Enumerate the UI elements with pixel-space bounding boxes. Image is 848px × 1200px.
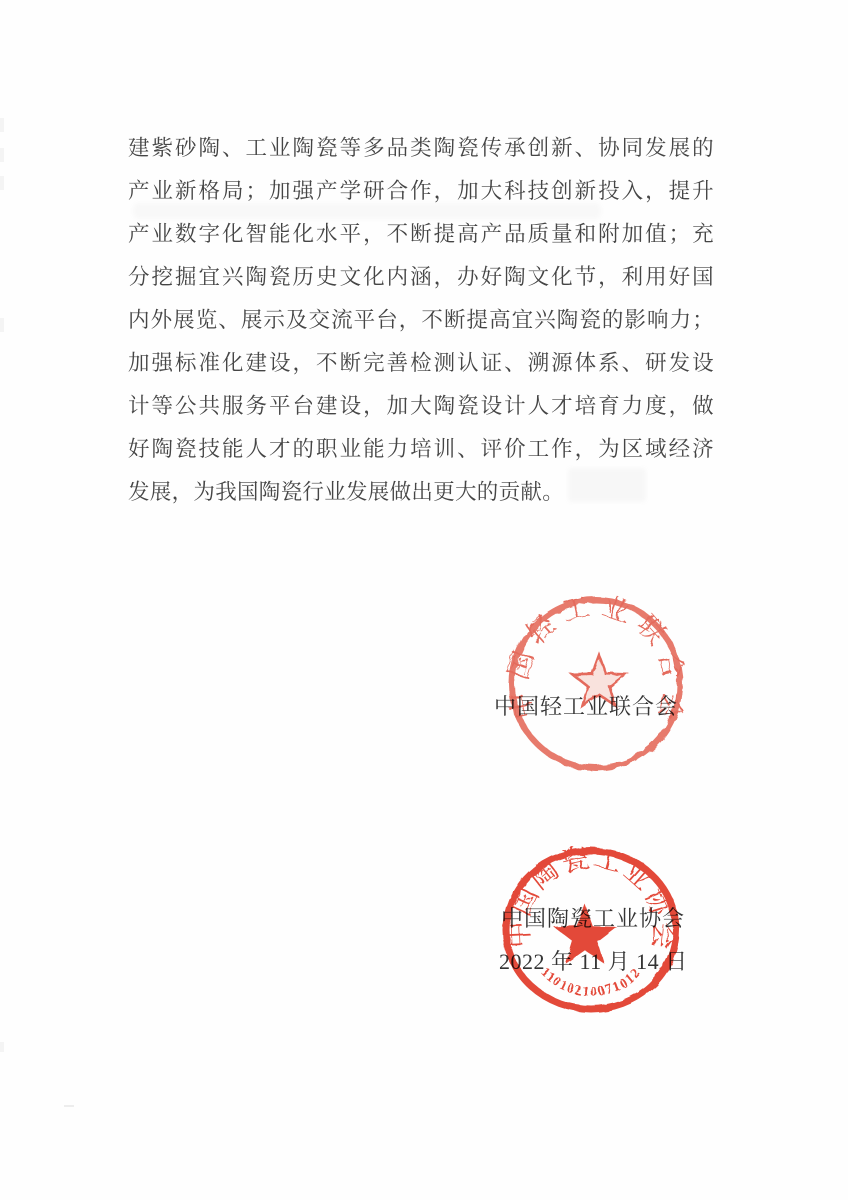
body-line: 分挖掘宜兴陶瓷历史文化内涵，办好陶文化节，利用好国 xyxy=(128,256,714,299)
scan-edge-mark xyxy=(0,118,4,132)
scan-edge-mark xyxy=(0,176,4,190)
body-line: 计等公共服务平台建设，加大陶瓷设计人才培育力度，做 xyxy=(128,385,714,428)
official-seal-ceramic: 中国陶瓷工业协会 11010210071012 xyxy=(491,830,691,1030)
scan-speck xyxy=(64,1105,74,1107)
body-line: 好陶瓷技能人才的职业能力培训、评价工作，为区域经济 xyxy=(128,428,714,471)
seal-registration-number: 11010210071012 xyxy=(538,964,644,999)
star-icon xyxy=(572,655,625,706)
body-line: 建紫砂陶、工业陶瓷等多品类陶瓷传承创新、协同发展的 xyxy=(128,127,714,170)
star-icon xyxy=(554,904,617,964)
body-line: 产业数字化智能化水平，不断提高产品质量和附加值；充 xyxy=(128,213,714,256)
scan-edge-mark xyxy=(0,318,4,332)
scan-edge-mark xyxy=(0,148,4,162)
body-line: 加强标准化建设，不断完善检测认证、溯源体系、研发设 xyxy=(128,342,714,385)
body-line: 产业新格局；加强产学研合作，加大科技创新投入，提升 xyxy=(128,170,714,213)
body-line: 发展，为我国陶瓷行业发展做出更大的贡献。 xyxy=(128,471,714,514)
body-line: 内外展览、展示及交流平台，不断提高宜兴陶瓷的影响力； xyxy=(128,299,714,342)
scan-edge-mark xyxy=(0,1042,4,1052)
official-seal-light-industry: 中国轻工业联合会 xyxy=(496,584,696,784)
document-page: 建紫砂陶、工业陶瓷等多品类陶瓷传承创新、协同发展的 产业新格局；加强产学研合作，… xyxy=(0,0,848,1200)
body-text-block: 建紫砂陶、工业陶瓷等多品类陶瓷传承创新、协同发展的 产业新格局；加强产学研合作，… xyxy=(128,127,714,514)
